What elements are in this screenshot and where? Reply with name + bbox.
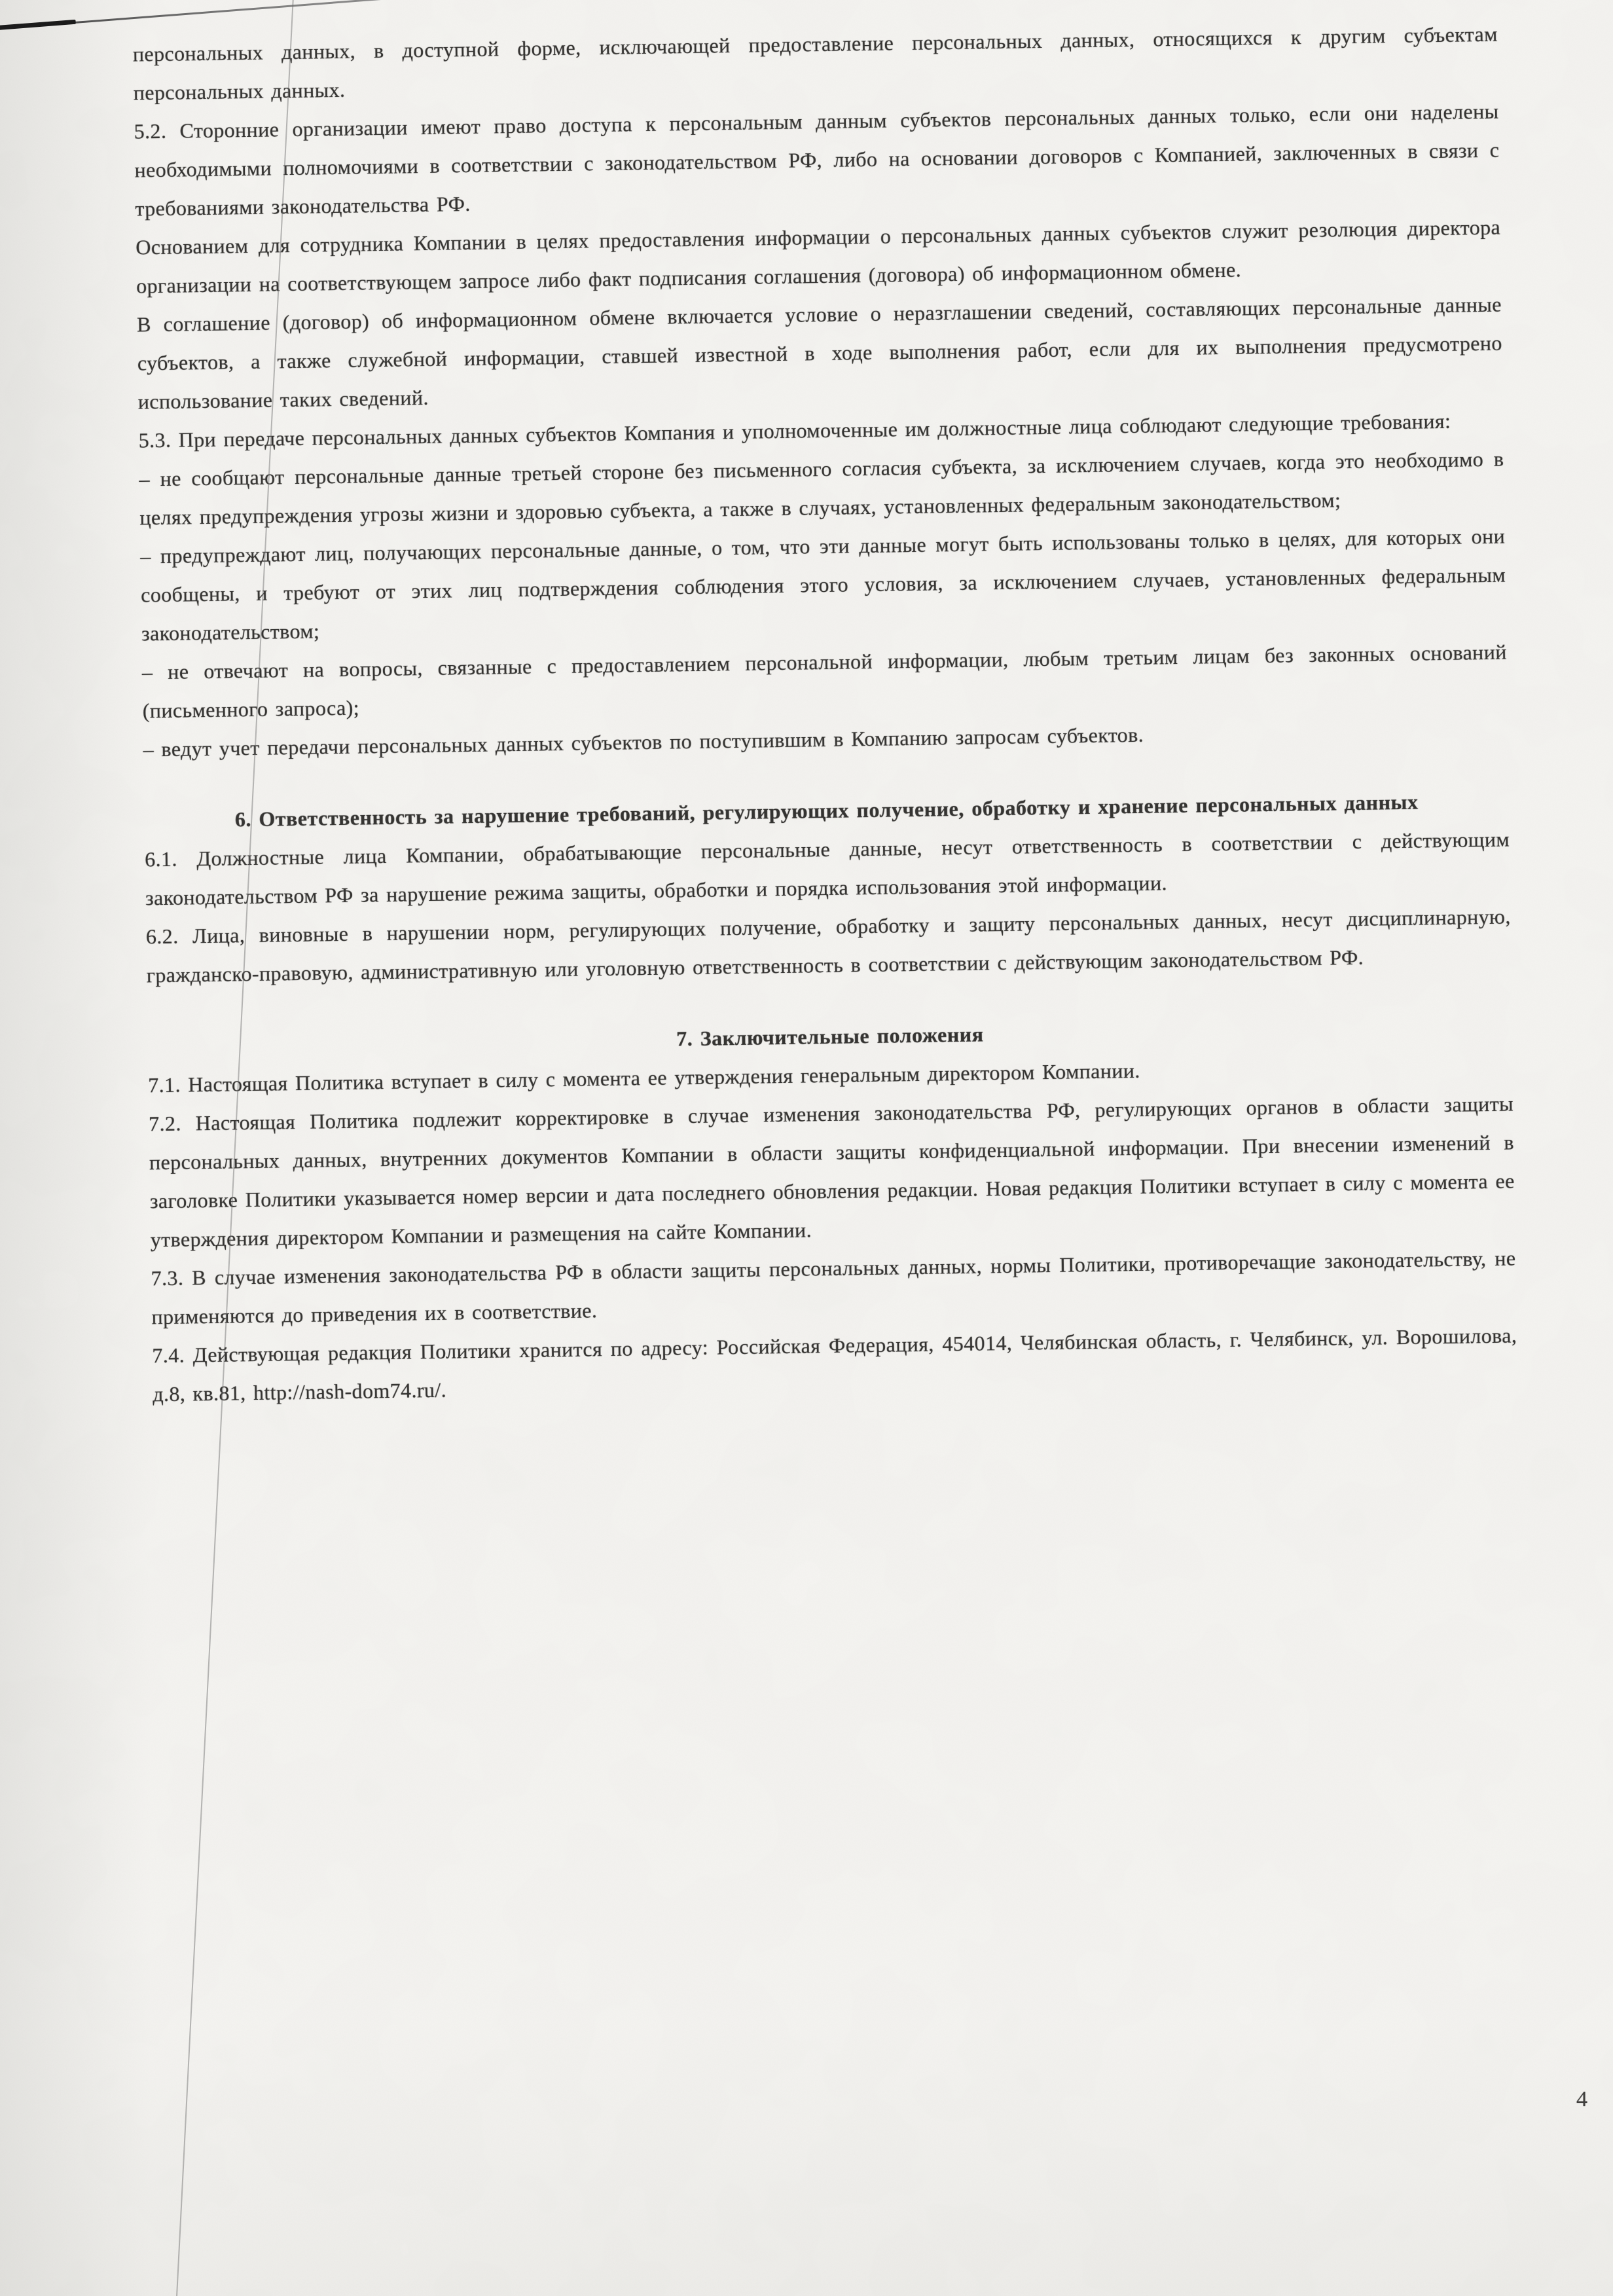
scan-bottom-shading [0,2021,1613,2296]
page-number: 4 [1576,2087,1587,2112]
scanned-page: персональных данных, в доступной форме, … [0,0,1613,2296]
document-text: персональных данных, в доступной форме, … [132,15,1517,1414]
paragraph: 7.2. Настоящая Политика подлежит коррект… [149,1084,1515,1259]
paragraph: В соглашение (договор) об информационном… [137,285,1503,422]
paragraph: 5.2. Сторонние организации имеют право д… [134,92,1500,228]
scan-left-shading [0,0,151,2296]
paragraph: – предупреждают лиц, получающих персонал… [140,517,1506,653]
